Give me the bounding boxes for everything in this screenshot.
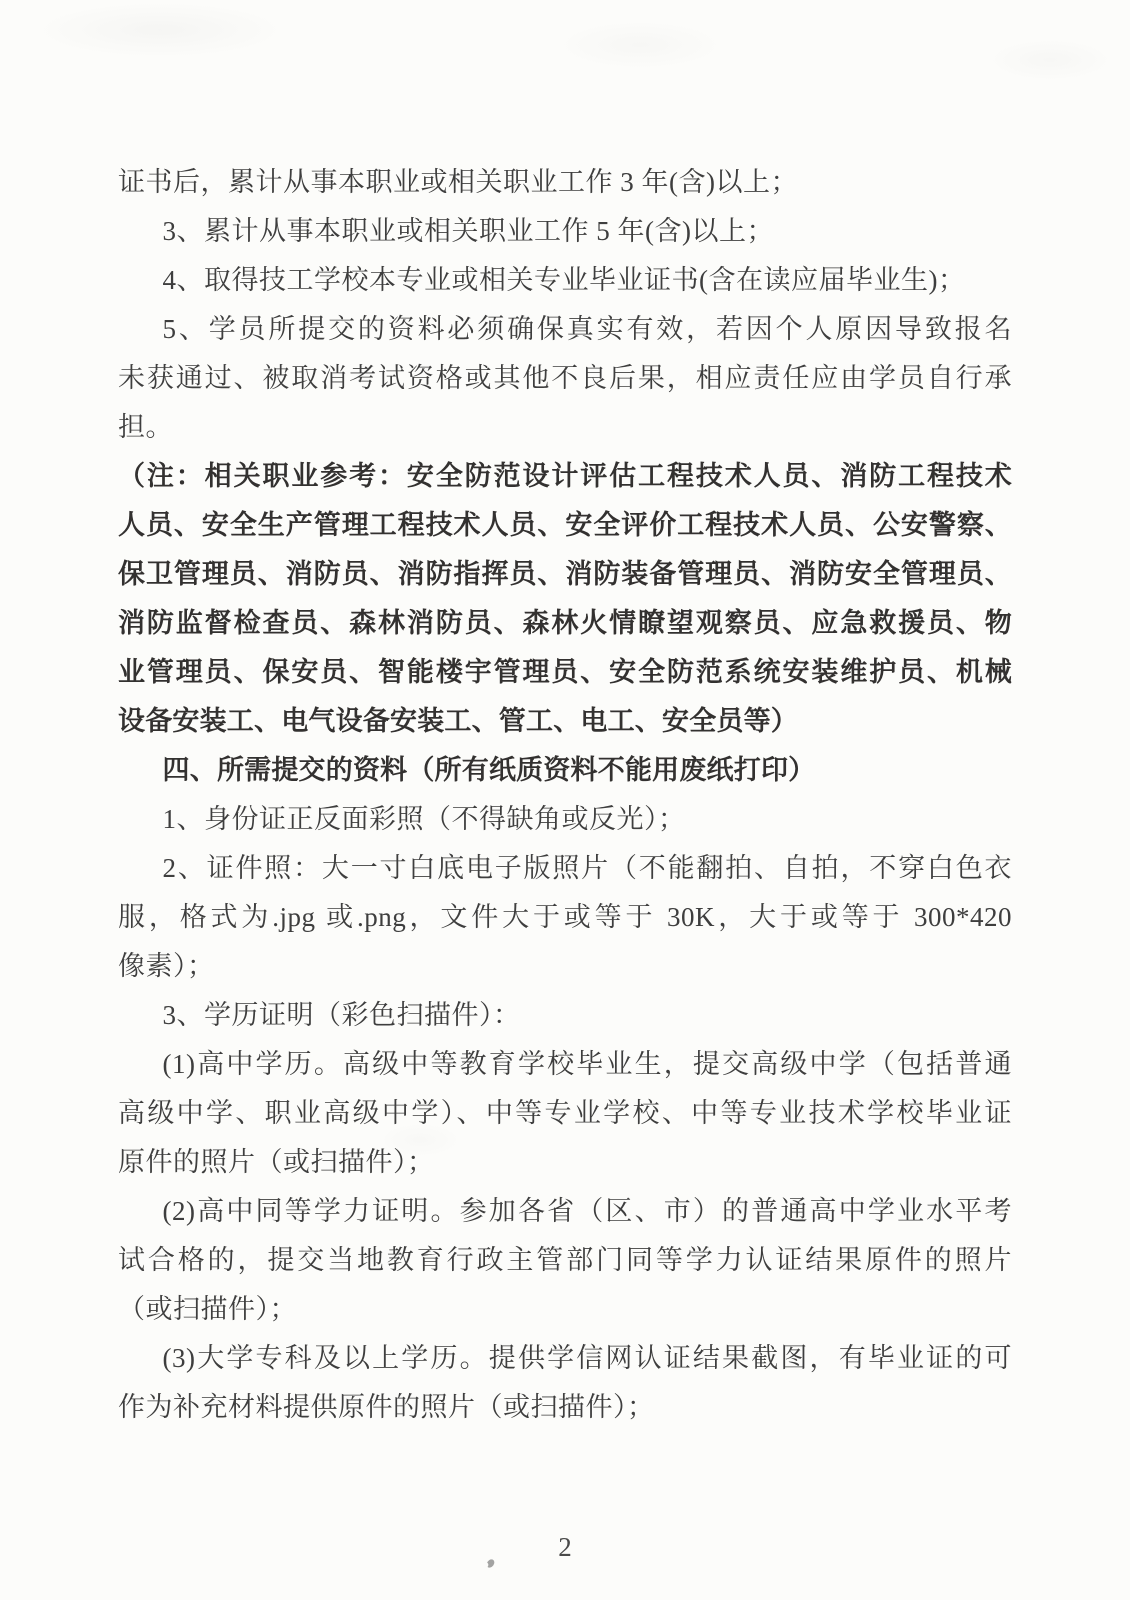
document-line: (2)高中同等学力证明。参加各省（区、市）的普通高中学业水平考 xyxy=(118,1187,1012,1236)
line-text: 2、证件照：大一寸白底电子版照片（不能翻拍、自拍，不穿白色衣 xyxy=(163,853,1012,883)
line-text: (1)高中学历。高级中等教育学校毕业生，提交高级中学（包括普通 xyxy=(163,1049,1012,1079)
line-text: (2)高中同等学力证明。参加各省（区、市）的普通高中学业水平考 xyxy=(163,1196,1012,1226)
document-line: 业管理员、保安员、智能楼宇管理员、安全防范系统安装维护员、机械 xyxy=(118,648,1012,697)
document-line: 作为补充材料提供原件的照片（或扫描件）； xyxy=(118,1383,1012,1432)
line-text: 1、身份证正反面彩照（不得缺角或反光）； xyxy=(163,804,686,834)
line-text: 3、累计从事本职业或相关职业工作 5 年(含)以上； xyxy=(163,216,774,246)
document-page: 证书后，累计从事本职业或相关职业工作 3 年(含)以上；3、累计从事本职业或相关… xyxy=(0,0,1130,1600)
document-line: 3、累计从事本职业或相关职业工作 5 年(含)以上； xyxy=(118,207,1012,256)
line-text: 服，格式为.jpg 或.png，文件大于或等于 30K，大于或等于 300*42… xyxy=(118,902,1012,932)
document-line: (1)高中学历。高级中等教育学校毕业生，提交高级中学（包括普通 xyxy=(118,1040,1012,1089)
line-text: 未获通过、被取消考试资格或其他不良后果，相应责任应由学员自行承 xyxy=(118,363,1012,393)
document-line: 像素）； xyxy=(118,942,1012,991)
document-line: 3、学历证明（彩色扫描件）： xyxy=(118,991,1012,1040)
document-line: 四、所需提交的资料（所有纸质资料不能用废纸打印） xyxy=(118,746,1012,795)
document-line: 证书后，累计从事本职业或相关职业工作 3 年(含)以上； xyxy=(118,158,1012,207)
line-text: 业管理员、保安员、智能楼宇管理员、安全防范系统安装维护员、机械 xyxy=(118,657,1012,687)
line-text: 证书后，累计从事本职业或相关职业工作 3 年(含)以上； xyxy=(118,167,798,197)
document-line: 1、身份证正反面彩照（不得缺角或反光）； xyxy=(118,795,1012,844)
document-body: 证书后，累计从事本职业或相关职业工作 3 年(含)以上；3、累计从事本职业或相关… xyxy=(118,158,1012,1432)
document-line: 人员、安全生产管理工程技术人员、安全评价工程技术人员、公安警察、 xyxy=(118,501,1012,550)
document-line: 服，格式为.jpg 或.png，文件大于或等于 30K，大于或等于 300*42… xyxy=(118,893,1012,942)
line-text: （注：相关职业参考：安全防范设计评估工程技术人员、消防工程技术 xyxy=(118,461,1012,491)
line-text: 作为补充材料提供原件的照片（或扫描件）； xyxy=(118,1392,655,1422)
page-number: 2 xyxy=(0,1532,1130,1563)
line-text: 四、所需提交的资料（所有纸质资料不能用废纸打印） xyxy=(163,755,816,785)
line-text: 5、学员所提交的资料必须确保真实有效，若因个人原因导致报名 xyxy=(163,314,1012,344)
document-line: 消防监督检查员、森林消防员、森林火情瞭望观察员、应急救援员、物 xyxy=(118,599,1012,648)
document-line: (3)大学专科及以上学历。提供学信网认证结果截图，有毕业证的可 xyxy=(118,1334,1012,1383)
document-line: 试合格的，提交当地教育行政主管部门同等学力认证结果原件的照片 xyxy=(118,1236,1012,1285)
line-text: 设备安装工、电气设备安装工、管工、电工、安全员等） xyxy=(118,706,798,736)
document-line: （注：相关职业参考：安全防范设计评估工程技术人员、消防工程技术 xyxy=(118,452,1012,501)
line-text: 保卫管理员、消防员、消防指挥员、消防装备管理员、消防安全管理员、 xyxy=(118,559,1012,589)
document-line: 未获通过、被取消考试资格或其他不良后果，相应责任应由学员自行承 xyxy=(118,354,1012,403)
line-text: 高级中学、职业高级中学）、中等专业学校、中等专业技术学校毕业证 xyxy=(118,1098,1012,1128)
document-line: 4、取得技工学校本专业或相关专业毕业证书(含在读应届毕业生)； xyxy=(118,256,1012,305)
document-line: 高级中学、职业高级中学）、中等专业学校、中等专业技术学校毕业证 xyxy=(118,1089,1012,1138)
document-line: 原件的照片（或扫描件）； xyxy=(118,1138,1012,1187)
document-line: 担。 xyxy=(118,403,1012,452)
document-line: 设备安装工、电气设备安装工、管工、电工、安全员等） xyxy=(118,697,1012,746)
line-text: （或扫描件）； xyxy=(118,1294,297,1324)
line-text: 消防监督检查员、森林消防员、森林火情瞭望观察员、应急救援员、物 xyxy=(118,608,1012,638)
line-text: 4、取得技工学校本专业或相关专业毕业证书(含在读应届毕业生)； xyxy=(163,265,966,295)
line-text: 试合格的，提交当地教育行政主管部门同等学力认证结果原件的照片 xyxy=(118,1245,1012,1275)
document-line: 5、学员所提交的资料必须确保真实有效，若因个人原因导致报名 xyxy=(118,305,1012,354)
line-text: 3、学历证明（彩色扫描件）： xyxy=(163,1000,521,1030)
document-line: （或扫描件）； xyxy=(118,1285,1012,1334)
line-text: 像素）； xyxy=(118,951,215,981)
line-text: 原件的照片（或扫描件）； xyxy=(118,1147,435,1177)
line-text: 担。 xyxy=(118,412,173,442)
line-text: (3)大学专科及以上学历。提供学信网认证结果截图，有毕业证的可 xyxy=(163,1343,1012,1373)
line-text: 人员、安全生产管理工程技术人员、安全评价工程技术人员、公安警察、 xyxy=(118,510,1012,540)
document-line: 2、证件照：大一寸白底电子版照片（不能翻拍、自拍，不穿白色衣 xyxy=(118,844,1012,893)
document-line: 保卫管理员、消防员、消防指挥员、消防装备管理员、消防安全管理员、 xyxy=(118,550,1012,599)
